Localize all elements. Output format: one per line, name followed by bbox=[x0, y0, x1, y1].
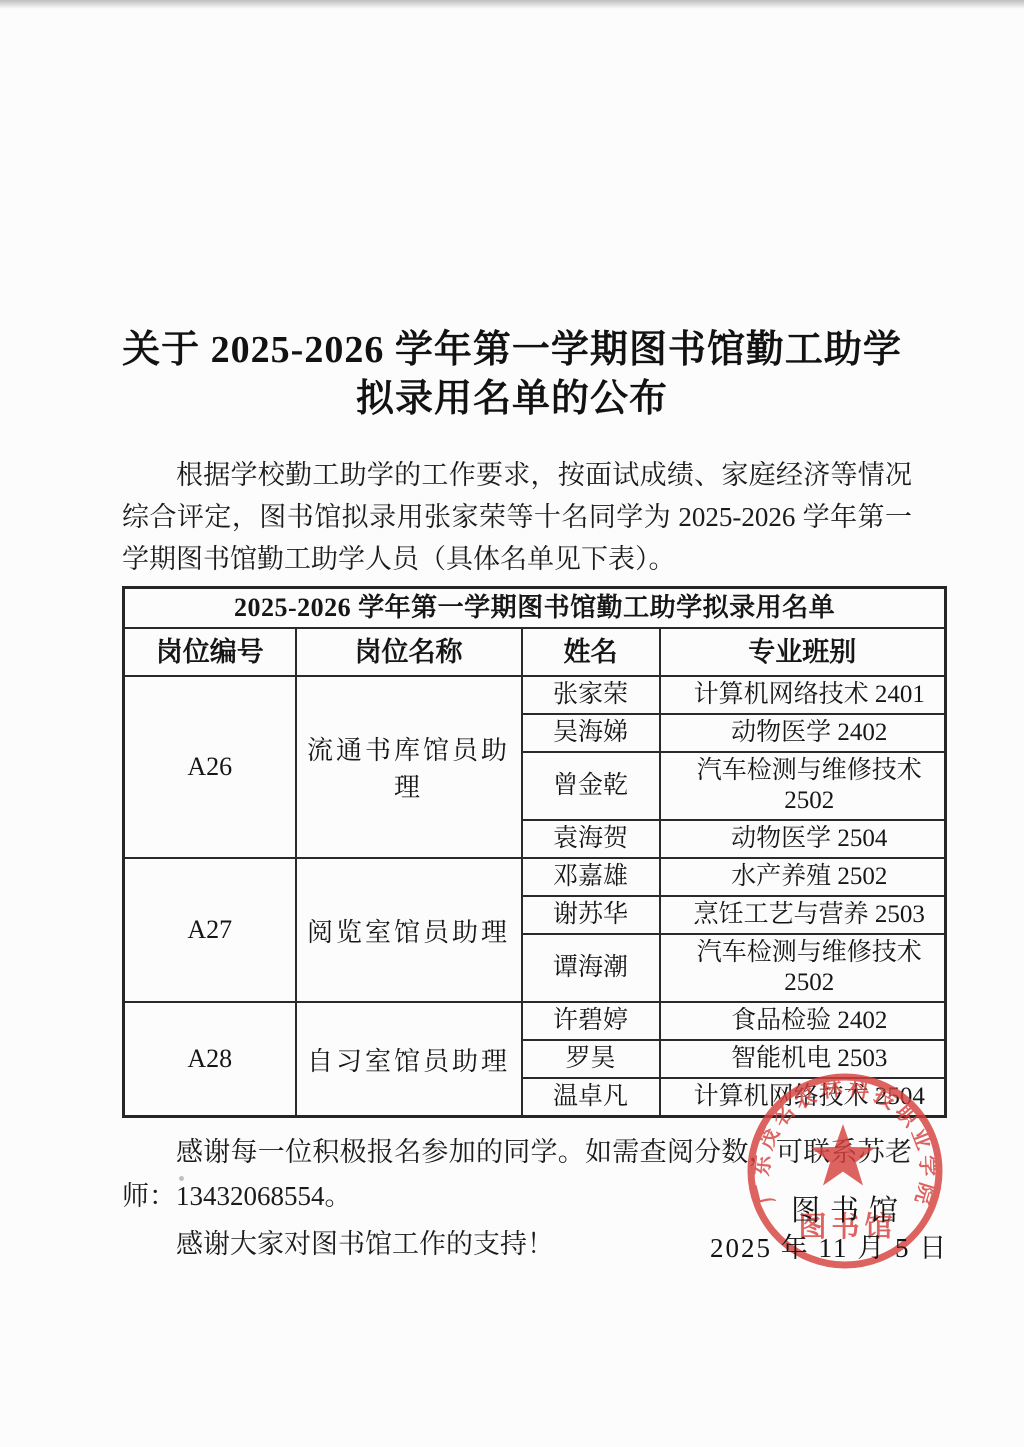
header-position-code: 岗位编号 bbox=[124, 628, 296, 676]
student-name-cell: 吴海娣 bbox=[522, 714, 660, 752]
scanned-announcement-page: 关于 2025-2026 学年第一学期图书馆勤工助学 拟录用名单的公布 根据学校… bbox=[0, 0, 1024, 1447]
position-code-cell: A27 bbox=[124, 858, 296, 1002]
student-name-cell: 邓嘉雄 bbox=[522, 858, 660, 896]
table-row: A26 流通书库馆员助理 张家荣 计算机网络技术 2401 bbox=[124, 676, 946, 714]
major-cell: 烹饪工艺与营养 2503 bbox=[660, 896, 946, 934]
major-cell: 汽车检测与维修技术 2502 bbox=[660, 752, 946, 820]
student-name-cell: 许碧婷 bbox=[522, 1002, 660, 1040]
position-name-cell: 自习室馆员助理 bbox=[296, 1002, 522, 1117]
student-name-cell: 曾金乾 bbox=[522, 752, 660, 820]
position-code-cell: A26 bbox=[124, 676, 296, 858]
header-major-class: 专业班别 bbox=[660, 628, 946, 676]
table-row: A27 阅览室馆员助理 邓嘉雄 水产养殖 2502 bbox=[124, 858, 946, 896]
major-cell: 汽车检测与维修技术 2502 bbox=[660, 934, 946, 1002]
position-code-cell: A28 bbox=[124, 1002, 296, 1117]
student-name-cell: 袁海贺 bbox=[522, 820, 660, 858]
major-cell: 计算机网络技术 2401 bbox=[660, 676, 946, 714]
recruit-table: 2025-2026 学年第一学期图书馆勤工助学拟录用名单 岗位编号 岗位名称 姓… bbox=[122, 586, 947, 1118]
table-row: A28 自习室馆员助理 许碧婷 食品检验 2402 bbox=[124, 1002, 946, 1040]
position-name-cell: 阅览室馆员助理 bbox=[296, 858, 522, 1002]
header-student-name: 姓名 bbox=[522, 628, 660, 676]
table-title-row: 2025-2026 学年第一学期图书馆勤工助学拟录用名单 bbox=[124, 588, 946, 629]
student-name-cell: 谭海潮 bbox=[522, 934, 660, 1002]
student-name-cell: 张家荣 bbox=[522, 676, 660, 714]
signature-department: 图书馆 bbox=[791, 1188, 908, 1229]
table-header-row: 岗位编号 岗位名称 姓名 专业班别 bbox=[124, 628, 946, 676]
table-title: 2025-2026 学年第一学期图书馆勤工助学拟录用名单 bbox=[124, 588, 946, 629]
header-position-name: 岗位名称 bbox=[296, 628, 522, 676]
document-title-line2: 拟录用名单的公布 bbox=[90, 375, 934, 424]
document-title-line1: 关于 2025-2026 学年第一学期图书馆勤工助学 bbox=[90, 326, 934, 375]
intro-paragraph: 根据学校勤工助学的工作要求，按面试成绩、家庭经济等情况综合评定，图书馆拟录用张家… bbox=[122, 454, 912, 580]
document-title: 关于 2025-2026 学年第一学期图书馆勤工助学 拟录用名单的公布 bbox=[90, 326, 934, 424]
scan-edge-artifact bbox=[0, 0, 1024, 9]
major-cell: 水产养殖 2502 bbox=[660, 858, 946, 896]
student-name-cell: 罗昊 bbox=[522, 1040, 660, 1078]
position-name-cell: 流通书库馆员助理 bbox=[296, 676, 522, 858]
signature-date: 2025 年 11 月 5 日 bbox=[710, 1226, 948, 1265]
student-name-cell: 温卓凡 bbox=[522, 1078, 660, 1117]
star-icon bbox=[811, 1124, 876, 1186]
scan-speck-artifact bbox=[179, 1176, 184, 1181]
major-cell: 食品检验 2402 bbox=[660, 1002, 946, 1040]
student-name-cell: 谢苏华 bbox=[522, 896, 660, 934]
major-cell: 动物医学 2504 bbox=[660, 820, 946, 858]
major-cell: 动物医学 2402 bbox=[660, 714, 946, 752]
